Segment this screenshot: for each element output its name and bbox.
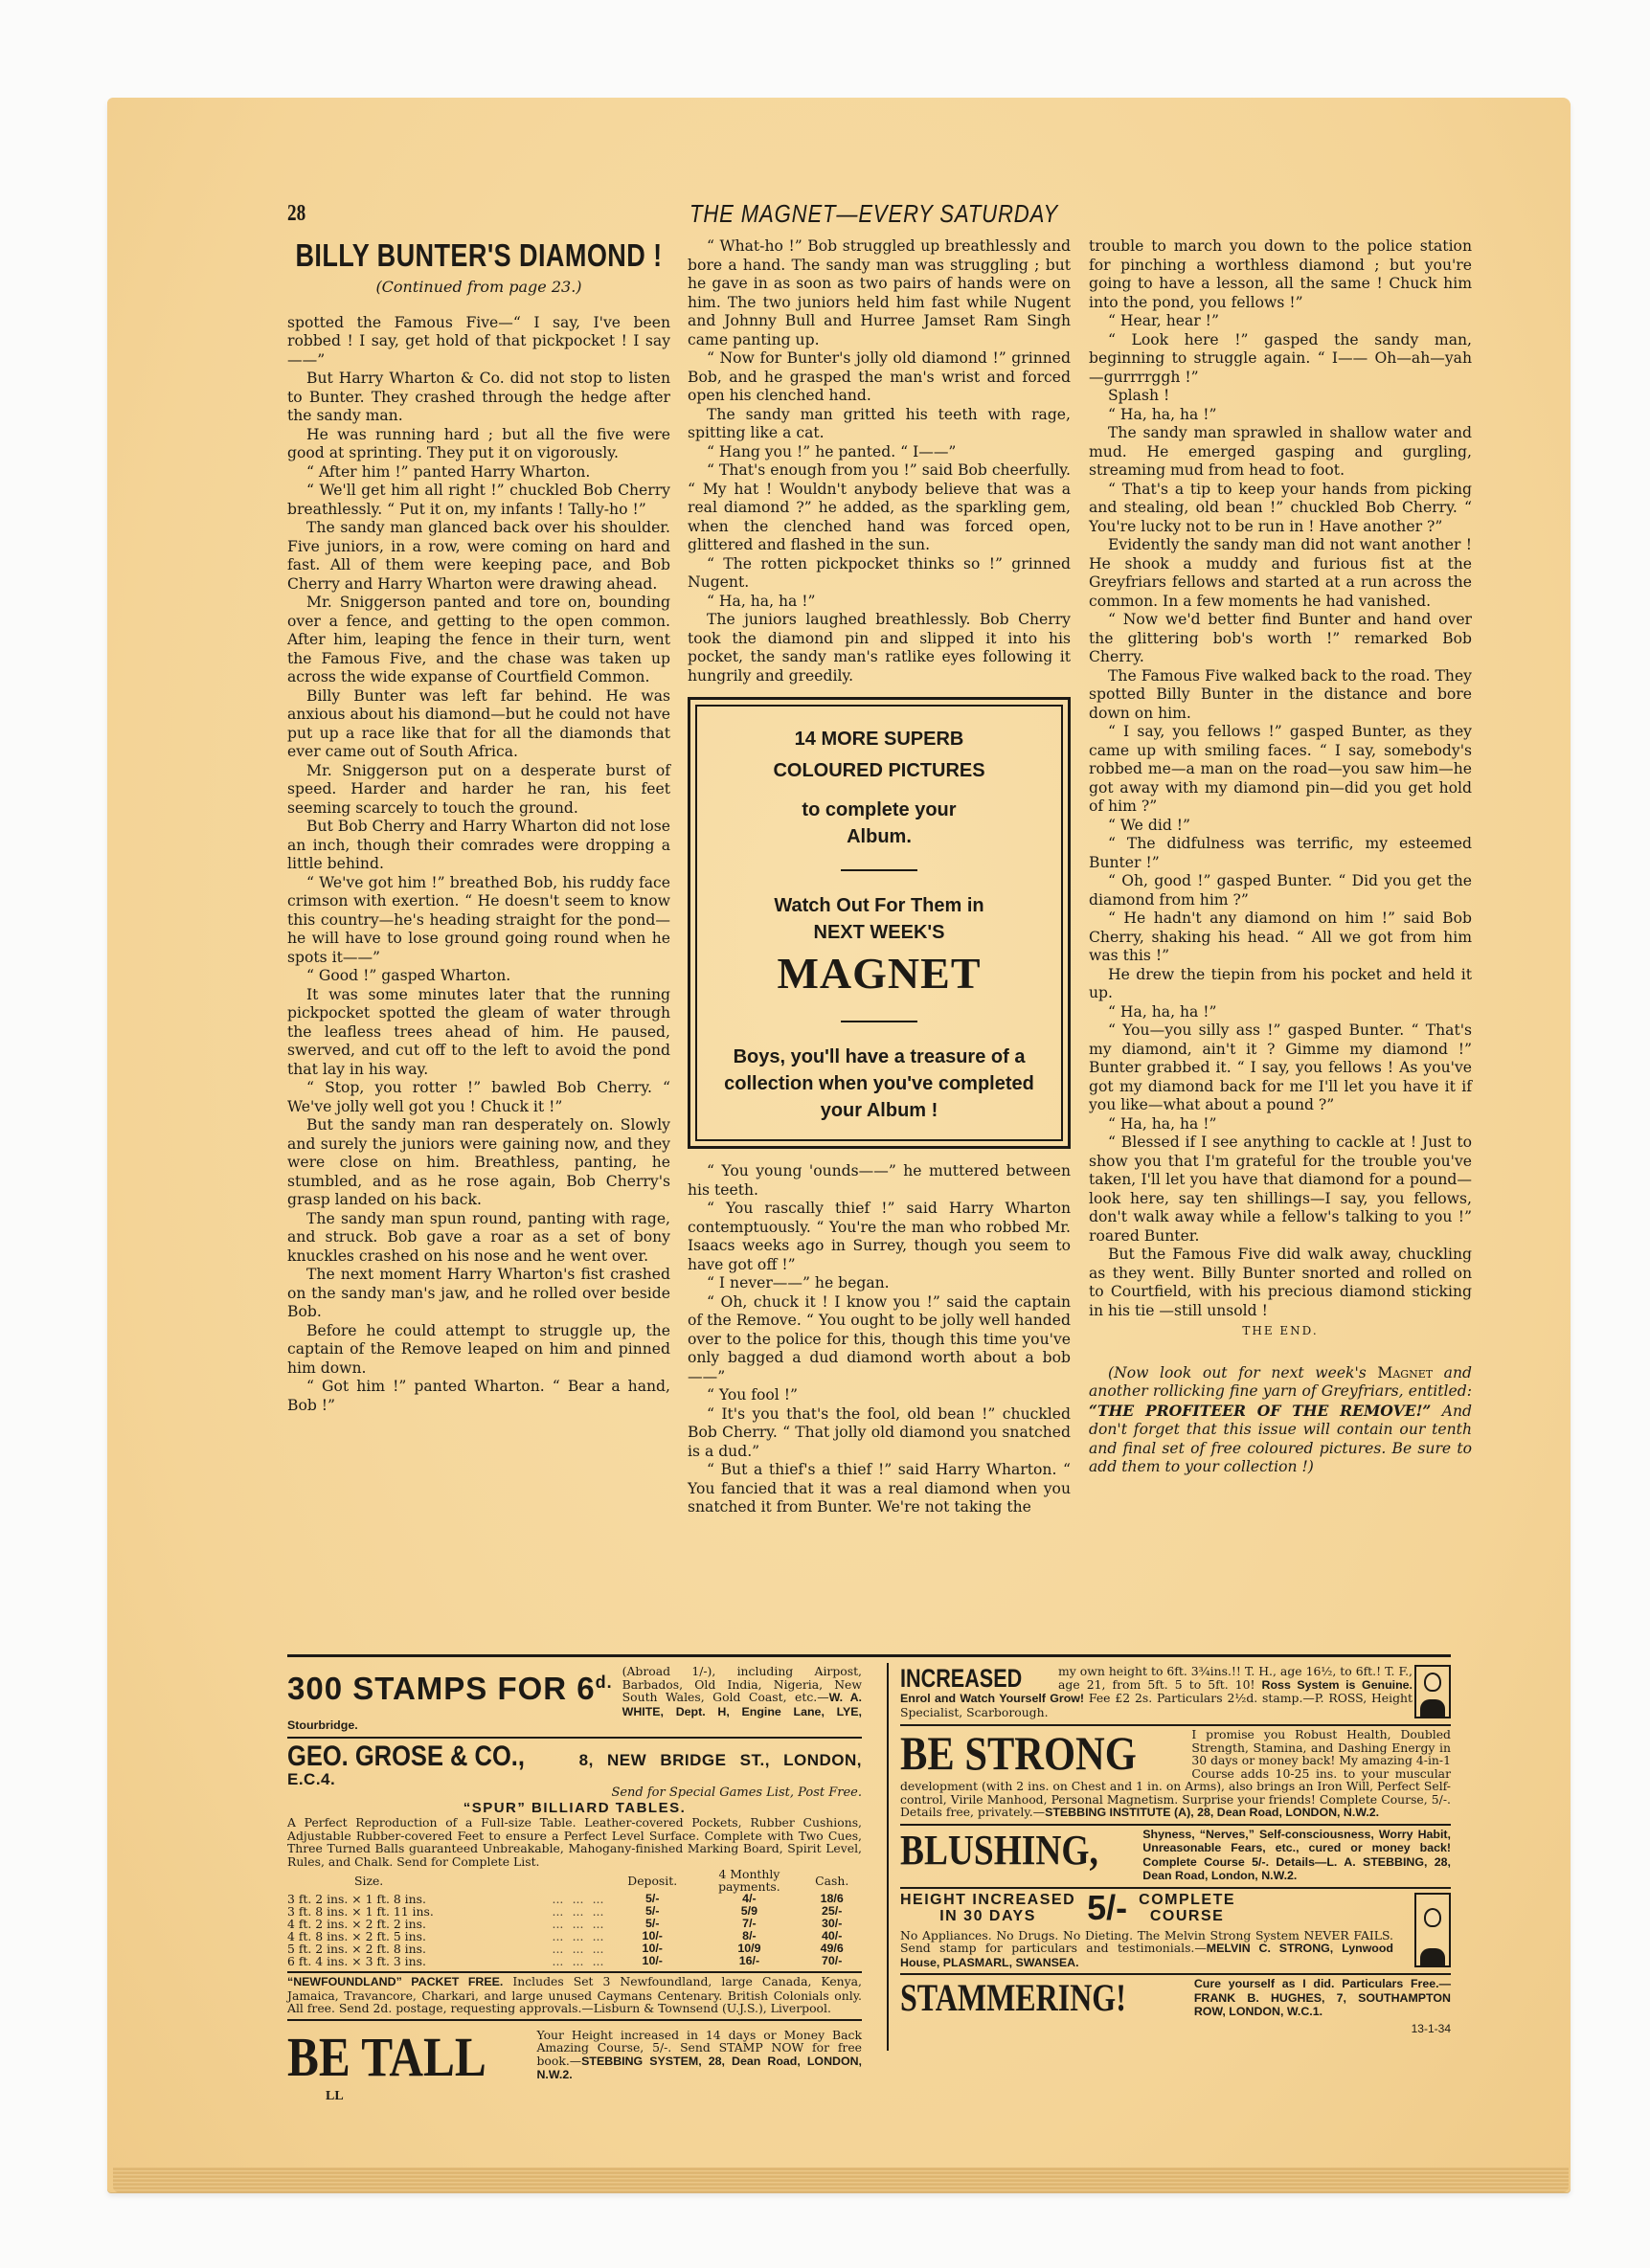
story-paragraph: He was running hard ; but all the five w… — [287, 426, 670, 463]
billiard-price-table: Size. Deposit. 4 Monthly payments. Cash.… — [287, 1868, 862, 1967]
story-paragraph: “ Ha, ha, ha !” — [688, 593, 1071, 612]
promo-line-5: Watch Out For Them in — [711, 892, 1048, 919]
promo-line-3: to complete your — [711, 797, 1048, 823]
story-paragraph: The sandy man glanced back over his shou… — [287, 519, 670, 594]
story-paragraph: Before he could attempt to struggle up, … — [287, 1322, 670, 1379]
story-paragraph: Mr. Sniggerson panted and tore on, bound… — [287, 594, 670, 687]
story-paragraph: “ The didfulness was terrific, my esteem… — [1089, 835, 1472, 872]
story-paragraph: The sandy man sprawled in shallow water … — [1089, 424, 1472, 481]
story-paragraph: “ Good !” gasped Wharton. — [287, 967, 670, 986]
column-1-paragraphs: spotted the Famous Five—“ I say, I've be… — [287, 314, 670, 1416]
page-number: 28 — [287, 201, 305, 227]
story-column-1: BILLY BUNTER'S DIAMOND ! (Continued from… — [287, 237, 670, 1415]
advertisements: 300 STAMPS FOR 6d. (Abroad 1/-), includi… — [287, 1654, 1451, 1657]
continued-note: (Continued from page 23.) — [287, 278, 670, 297]
story-paragraph: Evidently the sandy man did not want ano… — [1089, 536, 1472, 611]
story-paragraph: “ Ha, ha, ha !” — [1089, 406, 1472, 425]
promo-line-8: Boys, you'll have a treasure of a collec… — [711, 1044, 1048, 1124]
promo-line-4: Album. — [711, 823, 1048, 850]
story-paragraph: The juniors laughed breathlessly. Bob Ch… — [688, 611, 1071, 685]
column-3-paragraphs: trouble to march you down to the police … — [1089, 237, 1472, 1320]
coloured-pictures-promo: 14 MORE SUPERB COLOURED PICTURES to comp… — [688, 697, 1071, 1149]
story-paragraph: But Bob Cherry and Harry Wharton did not… — [287, 818, 670, 874]
ad-blushing: BLUSHING, Shyness, “Nerves,” Self-consci… — [900, 1826, 1451, 1889]
story-paragraph: “ But a thief's a thief !” said Harry Wh… — [688, 1461, 1071, 1517]
story-paragraph: Splash ! — [1089, 387, 1472, 406]
publication-title: THE MAGNET—EVERY SATURDAY — [689, 199, 1058, 229]
story-paragraph: “ Oh, good !” gasped Bunter. “ Did you g… — [1089, 872, 1472, 909]
story-title: BILLY BUNTER'S DIAMOND ! — [290, 237, 667, 274]
ad-stammering: STAMMERING! Cure yourself as I did. Part… — [900, 1975, 1451, 2040]
promo-line-6: NEXT WEEK'S — [711, 919, 1048, 946]
story-paragraph: “ That's a tip to keep your hands from p… — [1089, 481, 1472, 537]
story-paragraph: “ Hang you !” he panted. “ I——” — [688, 443, 1071, 462]
ad-billiard-tables: GEO. GROSE & CO., 8, NEW BRIDGE ST., LON… — [287, 1739, 862, 1974]
story-paragraph: The sandy man gritted his teeth with rag… — [688, 406, 1071, 443]
promo-divider — [841, 869, 917, 871]
story-paragraph: Billy Bunter was left far behind. He was… — [287, 687, 670, 762]
story-paragraph: The sandy man spun round, panting with r… — [287, 1210, 670, 1267]
story-paragraph: trouble to march you down to the police … — [1089, 237, 1472, 312]
promo-line-1: 14 MORE SUPERB — [711, 724, 1048, 755]
ads-right-column: INCREASED my own height to 6ft. 3¾ins.!!… — [887, 1663, 1451, 2051]
column-2-paragraphs-bottom: “ You young 'ounds——” he muttered betwee… — [688, 1162, 1071, 1517]
story-paragraph: “ You—you silly ass !” gasped Bunter. “ … — [1089, 1022, 1472, 1115]
story-paragraph: But the sandy man ran desperately on. Sl… — [287, 1116, 670, 1210]
story-paragraph: “ You rascally thief !” said Harry Whart… — [688, 1200, 1071, 1274]
ad-be-strong: BE STRONG I promise you Robust Health, D… — [900, 1726, 1451, 1826]
story-paragraph: “ We'll get him all right !” chuckled Bo… — [287, 482, 670, 519]
story-paragraph: “ The rotten pickpocket thinks so !” gri… — [688, 555, 1071, 593]
story-paragraph: “ After him !” panted Harry Wharton. — [287, 463, 670, 483]
story-paragraph: “ Look here !” gasped the sandy man, beg… — [1089, 331, 1472, 388]
promo-magnet: MAGNET — [711, 946, 1048, 1001]
man-portrait-icon — [1414, 1893, 1451, 1967]
the-end: THE END. — [1089, 1322, 1472, 1341]
ad-300-stamps: 300 STAMPS FOR 6d. (Abroad 1/-), includi… — [287, 1663, 862, 1739]
story-paragraph: “ Now we'd better find Bunter and hand o… — [1089, 611, 1472, 667]
running-head: 28 THE MAGNET—EVERY SATURDAY — [287, 199, 1451, 228]
ads-left-column: 300 STAMPS FOR 6d. (Abroad 1/-), includi… — [287, 1663, 862, 2106]
story-column-2: “ What-ho !” Bob struggled up breathless… — [688, 237, 1071, 1517]
story-paragraph: “ You young 'ounds——” he muttered betwee… — [688, 1162, 1071, 1200]
story-paragraph: “ Oh, chuck it ! I know you !” said the … — [688, 1293, 1071, 1387]
story-paragraph: “ I say, you fellows !” gasped Bunter, a… — [1089, 723, 1472, 817]
issue-date: 13-1-34 — [900, 2023, 1451, 2036]
story-paragraph: He drew the tiepin from his pocket and h… — [1089, 966, 1472, 1003]
story-paragraph: “ We did !” — [1089, 817, 1472, 836]
story-paragraph: “ He hadn't any diamond on him !” said B… — [1089, 909, 1472, 966]
story-paragraph: “ I never——” he began. — [688, 1274, 1071, 1293]
story-paragraph: “ Ha, ha, ha !” — [1089, 1115, 1472, 1134]
page-stack-edge — [113, 2167, 1569, 2192]
story-paragraph: “ Blessed if I see anything to cackle at… — [1089, 1134, 1472, 1246]
story-paragraph: The Famous Five walked back to the road.… — [1089, 667, 1472, 724]
story-paragraph: But Harry Wharton & Co. did not stop to … — [287, 370, 670, 426]
story-paragraph: “ That's enough from you !” said Bob che… — [688, 461, 1071, 555]
story-paragraph: Mr. Sniggerson put on a desperate burst … — [287, 762, 670, 819]
story-paragraph: “ What-ho !” Bob struggled up breathless… — [688, 237, 1071, 349]
story-paragraph: “ Hear, hear !” — [1089, 312, 1472, 331]
story-paragraph: “ We've got him !” breathed Bob, his rud… — [287, 874, 670, 968]
story-paragraph: “ Stop, you rotter !” bawled Bob Cherry.… — [287, 1079, 670, 1116]
ad-height-increased-30-days: HEIGHT INCREASEDIN 30 DAYS 5/- COMPLETEC… — [900, 1889, 1451, 1976]
story-paragraph: “ Now for Bunter's jolly old diamond !” … — [688, 349, 1071, 406]
story-paragraph: spotted the Famous Five—“ I say, I've be… — [287, 314, 670, 371]
promo-line-2: COLOURED PICTURES — [711, 755, 1048, 787]
story-paragraph: It was some minutes later that the runni… — [287, 986, 670, 1080]
ad-be-tall: BE TALL Your Height increased in 14 days… — [287, 2021, 862, 2107]
next-week-teaser: (Now look out for next week's Magnet and… — [1089, 1364, 1472, 1477]
story-paragraph: “ Ha, ha, ha !” — [1089, 1003, 1472, 1022]
course-price: 5/- — [1087, 1891, 1127, 1925]
story-paragraph: But the Famous Five did walk away, chuck… — [1089, 1246, 1472, 1320]
ad-height-increased-ross: INCREASED my own height to 6ft. 3¾ins.!!… — [900, 1663, 1451, 1726]
ad-headline: 300 STAMPS FOR 6d. — [287, 1665, 613, 1706]
story-paragraph: “ Got him !” panted Wharton. “ Bear a ha… — [287, 1378, 670, 1415]
column-2-paragraphs-top: “ What-ho !” Bob struggled up breathless… — [688, 237, 1071, 685]
story-paragraph: The next moment Harry Wharton's fist cra… — [287, 1266, 670, 1322]
price-row: 6 ft. 4 ins. × 3 ft. 3 ins..........10/-… — [287, 1955, 862, 1967]
printer-mark: LL — [287, 2086, 862, 2103]
promo-divider — [841, 1021, 917, 1022]
story-column-3: trouble to march you down to the police … — [1089, 237, 1472, 1477]
ad-newfoundland-packet: “NEWFOUNDLAND” PACKET FREE. Includes Set… — [287, 1973, 862, 2021]
story-paragraph: “ You fool !” — [688, 1386, 1071, 1405]
story-paragraph: “ It's you that's the fool, old bean !” … — [688, 1405, 1071, 1462]
man-portrait-icon — [1414, 1665, 1451, 1718]
